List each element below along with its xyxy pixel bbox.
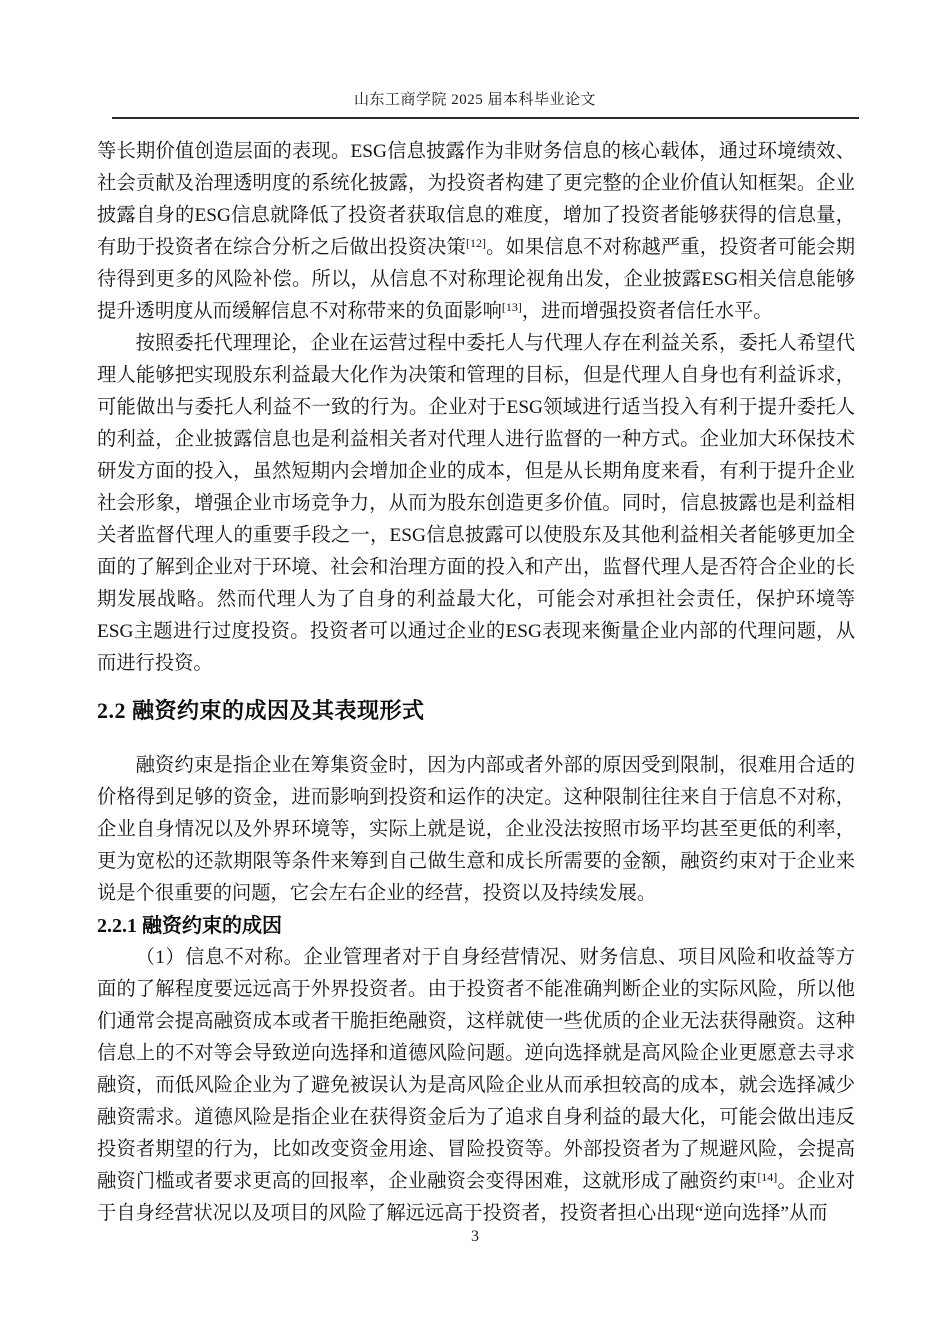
citation-marker: [12] bbox=[466, 236, 486, 250]
document-body: 等长期价值创造层面的表现。ESG信息披露作为非财务信息的核心载体，通过环境绩效、… bbox=[97, 136, 855, 1230]
text-run: 融资约束是指企业在筹集资金时，因为内部或者外部的原因受到限制，很难用合适的价格得… bbox=[97, 755, 855, 904]
citation-marker: [13] bbox=[502, 300, 522, 314]
text-run: 按照委托代理理论，企业在运营过程中委托人与代理人存在利益关系，委托人希望代理人能… bbox=[97, 333, 855, 674]
paragraph: 按照委托代理理论，企业在运营过程中委托人与代理人存在利益关系，委托人希望代理人能… bbox=[97, 328, 855, 680]
paragraph: 融资约束是指企业在筹集资金时，因为内部或者外部的原因受到限制，很难用合适的价格得… bbox=[97, 750, 855, 910]
paragraph: 等长期价值创造层面的表现。ESG信息披露作为非财务信息的核心载体，通过环境绩效、… bbox=[97, 136, 855, 328]
text-run: （1）信息不对称。企业管理者对于自身经营情况、财务信息、项目风险和收益等方面的了… bbox=[97, 947, 855, 1192]
page-number: 3 bbox=[471, 1228, 479, 1245]
header-divider bbox=[112, 117, 859, 119]
section-heading: 2.2 融资约束的成因及其表现形式 bbox=[97, 696, 855, 726]
page-footer: 3 bbox=[0, 1226, 950, 1248]
thesis-page: 山东工商学院 2025 届本科毕业论文 等长期价值创造层面的表现。ESG信息披露… bbox=[0, 0, 950, 1344]
citation-marker: [14] bbox=[757, 1170, 777, 1184]
page-header: 山东工商学院 2025 届本科毕业论文 bbox=[0, 90, 950, 110]
header-title: 山东工商学院 2025 届本科毕业论文 bbox=[354, 92, 596, 108]
subsection-heading: 2.2.1 融资约束的成因 bbox=[97, 912, 855, 940]
text-run: ，进而增强投资者信任水平。 bbox=[522, 301, 773, 322]
paragraph: （1）信息不对称。企业管理者对于自身经营情况、财务信息、项目风险和收益等方面的了… bbox=[97, 942, 855, 1230]
